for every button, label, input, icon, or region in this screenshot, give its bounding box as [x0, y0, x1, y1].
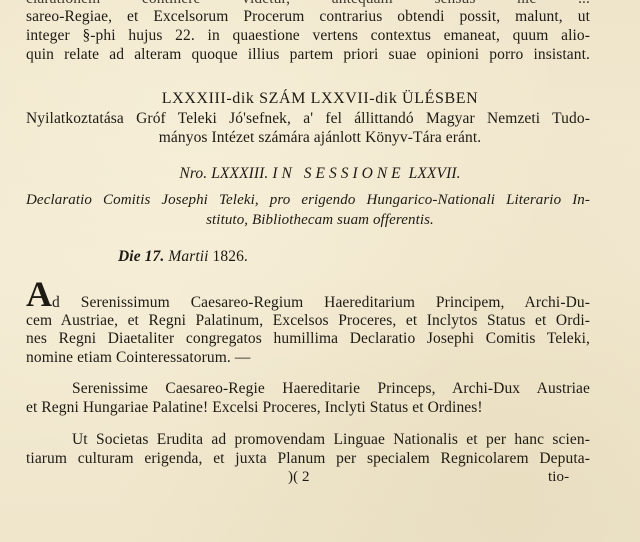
latin-title-suffix: LXXVII. — [409, 165, 461, 182]
scanned-page: clarationem continere videtur, antequam … — [0, 0, 640, 542]
latin-subtitle-line-2: stituto, Bibliothecam suam offerentis. — [0, 211, 640, 229]
signature-mark: )( 2 — [288, 468, 310, 486]
hungarian-subtitle-line-2: mányos Intézet számára ajánlott Könyv-Tá… — [0, 129, 640, 147]
previous-text-line-3: quin relate ad alteram quoque illius par… — [26, 46, 590, 64]
address-line-2: cem Austriae, et Regni Palatinum, Excels… — [26, 312, 590, 330]
latin-subtitle-line-1: Declaratio Comitis Josephi Teleki, pro e… — [26, 191, 590, 209]
latin-title-prefix: Nro. LXXXIII. — [179, 165, 268, 182]
hungarian-section-title: LXXXIII-dik SZÁM LXXVII-dik ÜLÉSBEN — [0, 90, 640, 108]
date-line: Die 17. Martii 1826. — [118, 248, 248, 266]
date-prefix: Die 17. — [118, 248, 164, 265]
date-month: Martii — [168, 248, 208, 265]
body-line-2: tiarum culturam erigenda, et juxta Planu… — [26, 450, 590, 468]
catchword: tio- — [548, 468, 569, 486]
date-year: 1826. — [213, 248, 248, 265]
latin-title-spaced: IN SESSIONE — [272, 165, 404, 182]
latin-section-title: Nro. LXXXIII. IN SESSIONE LXXVII. — [0, 165, 640, 183]
address-line-3: nes Regni Diaetaliter congregatos humill… — [26, 330, 590, 348]
salutation-line-1: Serenissime Caesareo-Regie Haereditarie … — [72, 380, 590, 398]
body-line-1: Ut Societas Erudita ad promovendam Lingu… — [72, 431, 590, 449]
address-line-4: nomine etiam Cointeressatorum. — — [26, 349, 250, 367]
previous-text-line-2: integer §-phi hujus 22. in quaestione ve… — [26, 27, 590, 45]
address-line-1: d Serenissimum Caesareo-Regium Haeredita… — [52, 294, 590, 312]
previous-text-line-1: sareo-Regiae, et Excelsorum Procerum con… — [26, 8, 590, 26]
cut-off-text-line: clarationem continere videtur, antequam … — [26, 0, 590, 8]
hungarian-subtitle-line-1: Nyilatkoztatása Gróf Teleki Jó'sefnek, a… — [26, 110, 590, 128]
salutation-line-2: et Regni Hungariae Palatine! Excelsi Pro… — [26, 399, 483, 417]
drop-cap-letter: A — [26, 276, 52, 312]
